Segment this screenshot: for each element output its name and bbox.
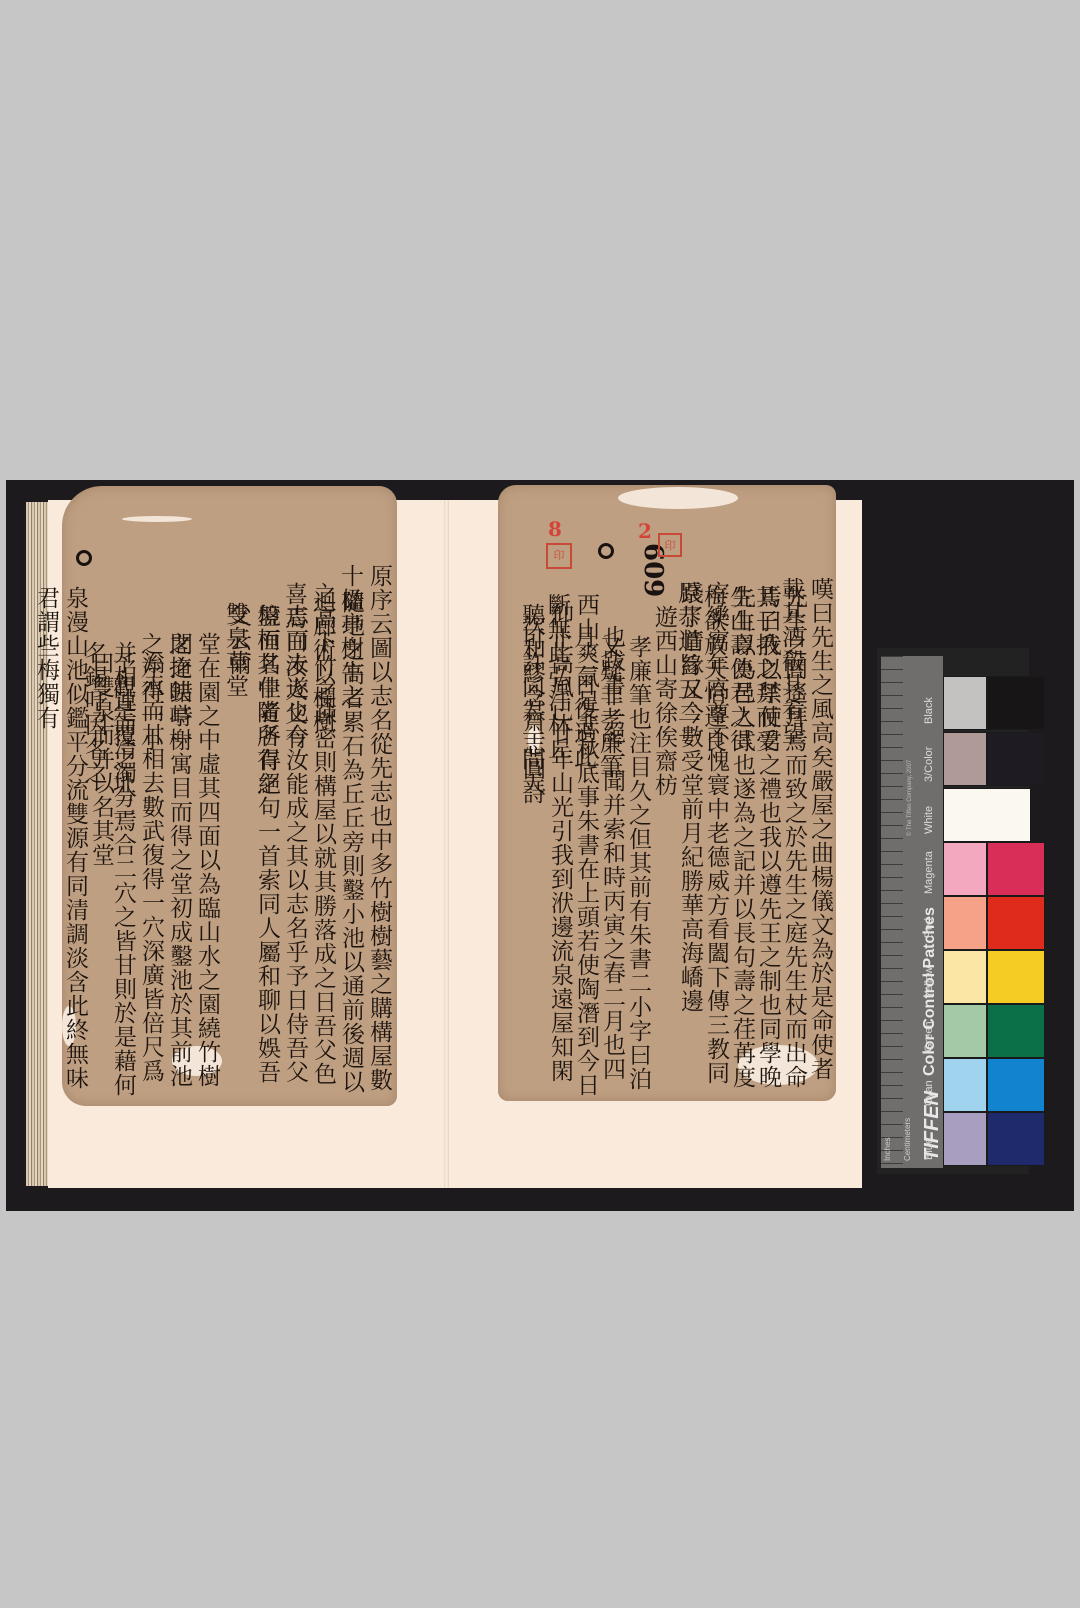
paper-tear — [618, 487, 738, 509]
section-heading: 雙泉草堂 — [220, 602, 249, 698]
patch-label: Yellow — [923, 967, 935, 998]
poem-column: 泉漫山池似鑑平分流雙源有同清調淡含此終無味君謂些梅獨有 — [31, 586, 89, 1106]
copyright: © The Tiffen Company, 2007 — [907, 760, 913, 836]
swatch-green-light — [943, 1004, 987, 1058]
swatch-magenta-dark — [987, 842, 1045, 896]
color-control-chart: TIFFEN Color Control Patches Centimeters… — [877, 648, 1029, 1174]
poem-title: 遊西山寄徐俟齋枋 — [649, 605, 678, 797]
swatch-3color-light — [943, 732, 987, 786]
right-manuscript-leaf: 嘆曰先生之風高矣嚴屋之曲楊儀文為於是命使者載其酒殽其肴望 先生之閭遙拜焉而致之於… — [498, 485, 836, 1101]
units-label: Centimeters — [903, 1118, 912, 1161]
red-annotation: 2 — [638, 519, 652, 543]
swatch-cyan-dark — [987, 1058, 1045, 1112]
swatch-black-light — [943, 676, 987, 730]
patch-label: White — [923, 806, 935, 834]
scan-backdrop: 原序云圖以志名從先志也中多竹樹樹藝之購構屋數十楹亭榭牛之 隨地之高者累石為丘丘旁… — [6, 480, 1074, 1211]
swatch-green-dark — [987, 1004, 1045, 1058]
red-seal: 印 — [546, 543, 572, 569]
marker-circle — [598, 543, 614, 559]
patch-label: Blue — [923, 1138, 935, 1160]
red-seal: 印 — [658, 533, 682, 557]
patch-label: Cyan — [923, 1080, 935, 1106]
marker-circle — [76, 550, 92, 566]
swatch-blue-dark — [987, 1112, 1045, 1166]
swatch-red-dark — [987, 896, 1045, 950]
text-column: 踐了情緣又今數受堂前月紀勝華高海嶠邊 — [675, 581, 704, 1013]
paper-tear — [122, 516, 192, 522]
swatch-black-dark — [987, 676, 1045, 730]
swatch-yellow-light — [943, 950, 987, 1004]
text-column: 曰雙泉而并以名其堂 — [86, 651, 115, 867]
patch-label: Black — [923, 697, 935, 724]
swatch-magenta-light — [943, 842, 987, 896]
swatch-cyan-light — [943, 1058, 987, 1112]
red-annotation: 8 — [548, 517, 562, 541]
patch-label: Green — [923, 1021, 935, 1052]
left-manuscript-leaf: 原序云圖以志名從先志也中多竹樹樹藝之購構屋數十楹亭榭牛之 隨地之高者累石為丘丘旁… — [62, 486, 397, 1106]
swatch-3color-dark — [987, 732, 1045, 786]
swatch-red-light — [943, 896, 987, 950]
swatch-blue-light — [943, 1112, 987, 1166]
poem-title: 次和繆念齋志圓詩 — [517, 613, 546, 805]
swatch-white — [943, 788, 1031, 842]
ruler-ticks — [881, 656, 903, 1168]
swatch-yellow-dark — [987, 950, 1045, 1004]
book-gutter — [444, 500, 449, 1188]
patch-label: Red — [923, 918, 935, 938]
units-label: Inches — [883, 1137, 892, 1161]
patch-label: Magenta — [923, 851, 935, 894]
patch-label: 3/Color — [923, 747, 935, 782]
